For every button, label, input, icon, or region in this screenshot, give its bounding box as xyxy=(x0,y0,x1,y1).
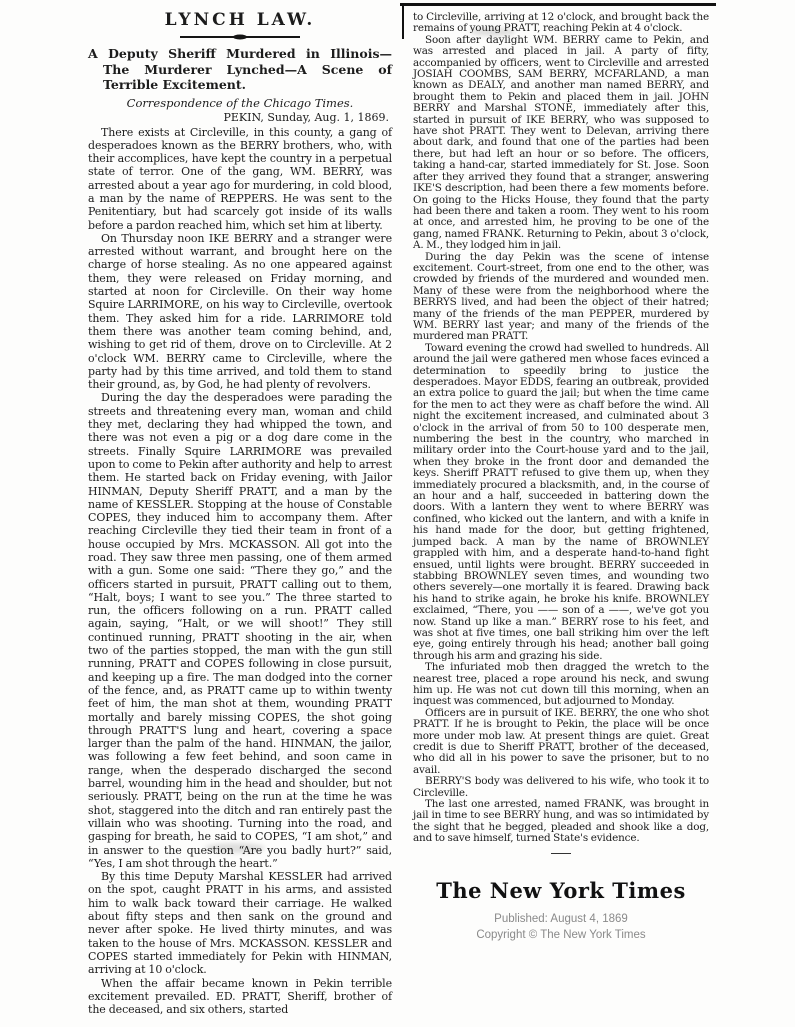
end-of-article-rule xyxy=(551,853,571,854)
publisher-footer: The New York Times Published: August 4, … xyxy=(413,878,709,943)
article-paragraph: The infuriated mob then dragged the wret… xyxy=(413,662,709,708)
title-divider-ornament xyxy=(180,36,300,38)
scan-edge-rule-top xyxy=(400,3,716,6)
article-paragraph: The last one arrested, named FRANK, was … xyxy=(413,799,709,845)
article-column-left: LYNCH LAW. A Deputy Sheriff Murdered in … xyxy=(88,10,392,1016)
article-dateline: PEKIN, Sunday, Aug. 1, 1869. xyxy=(88,111,392,124)
article-paragraph: During the day Pekin was the scene of in… xyxy=(413,252,709,343)
article-paragraph: On Thursday noon IKE BERRY and a strange… xyxy=(88,232,392,392)
article-paragraph: During the day the desperadoes were para… xyxy=(88,391,392,870)
article-headline: A Deputy Sheriff Murdered in Illinois— T… xyxy=(88,46,392,93)
article-paragraph: BERRY'S body was delivered to his wife, … xyxy=(413,776,709,799)
headline-line: The Murderer Lynched—A Scene of xyxy=(103,62,392,78)
article-paragraph: to Circleville, arriving at 12 o'clock, … xyxy=(413,12,709,35)
new-york-times-logo: The New York Times xyxy=(413,878,709,903)
copyright-line: Copyright © The New York Times xyxy=(413,927,709,943)
headline-line: A Deputy Sheriff Murdered in Illinois— xyxy=(88,46,392,62)
article-title: LYNCH LAW. xyxy=(88,10,392,30)
article-paragraph: There exists at Circleville, in this cou… xyxy=(88,126,392,232)
newspaper-clipping-page: LYNCH LAW. A Deputy Sheriff Murdered in … xyxy=(0,0,795,1027)
article-column-right: to Circleville, arriving at 12 o'clock, … xyxy=(413,12,709,943)
article-paragraph: Officers are in pursuit of IKE. BERRY, t… xyxy=(413,708,709,776)
published-date-line: Published: August 4, 1869 xyxy=(413,911,709,927)
article-paragraph: By this time Deputy Marshal KESSLER had … xyxy=(88,870,392,976)
article-paragraph: Toward evening the crowd had swelled to … xyxy=(413,343,709,662)
article-paragraph: When the affair became known in Pekin te… xyxy=(88,977,392,1017)
article-paragraph: Soon after daylight WM. BERRY came to Pe… xyxy=(413,35,709,252)
article-byline: Correspondence of the Chicago Times. xyxy=(88,96,392,110)
scan-edge-rule-side xyxy=(402,3,404,39)
headline-line: Terrible Excitement. xyxy=(103,77,392,93)
